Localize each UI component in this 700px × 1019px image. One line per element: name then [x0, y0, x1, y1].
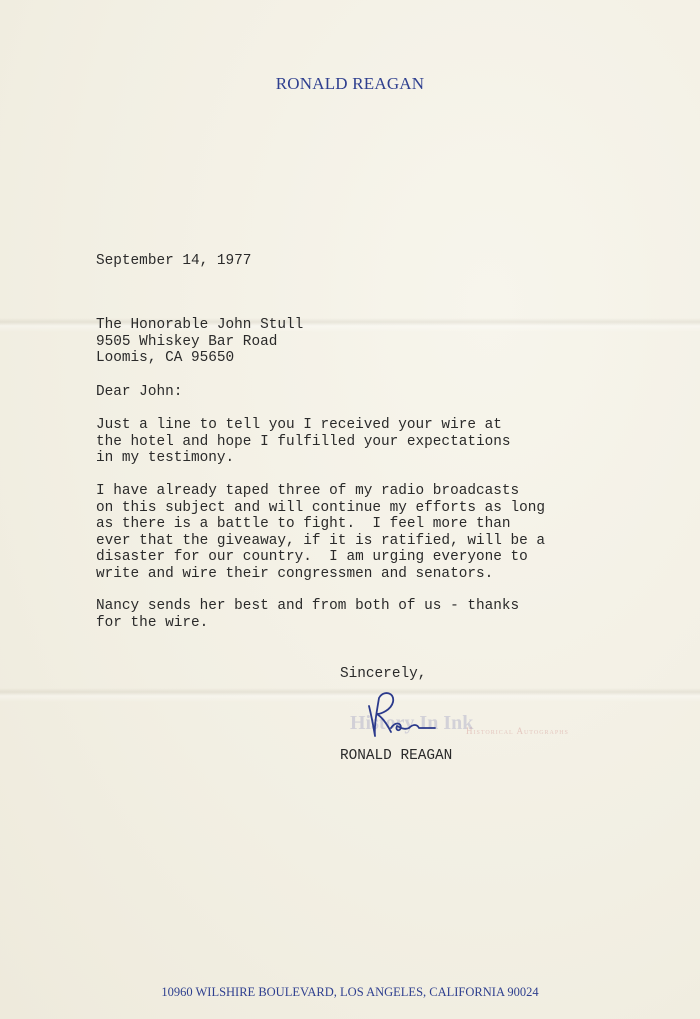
- signature: [365, 688, 445, 743]
- recipient-line: The Honorable John Stull: [96, 317, 303, 333]
- closing: Sincerely,: [340, 666, 426, 683]
- paragraph: Just a line to tell you I received your …: [96, 417, 511, 467]
- letter-date: September 14, 1977: [96, 253, 251, 270]
- footer-address: 10960 WILSHIRE BOULEVARD, LOS ANGELES, C…: [0, 985, 700, 1000]
- typed-name: RONALD REAGAN: [340, 748, 452, 765]
- recipient-address: The Honorable John Stull 9505 Whiskey Ba…: [96, 317, 303, 367]
- recipient-line: Loomis, CA 95650: [96, 350, 234, 366]
- watermark-caption: Historical Autographs: [466, 726, 569, 736]
- paragraph: I have already taped three of my radio b…: [96, 483, 545, 582]
- recipient-line: 9505 Whiskey Bar Road: [96, 334, 277, 350]
- salutation: Dear John:: [96, 384, 182, 401]
- letterhead-name: RONALD REAGAN: [0, 74, 700, 94]
- paragraph: Nancy sends her best and from both of us…: [96, 598, 519, 631]
